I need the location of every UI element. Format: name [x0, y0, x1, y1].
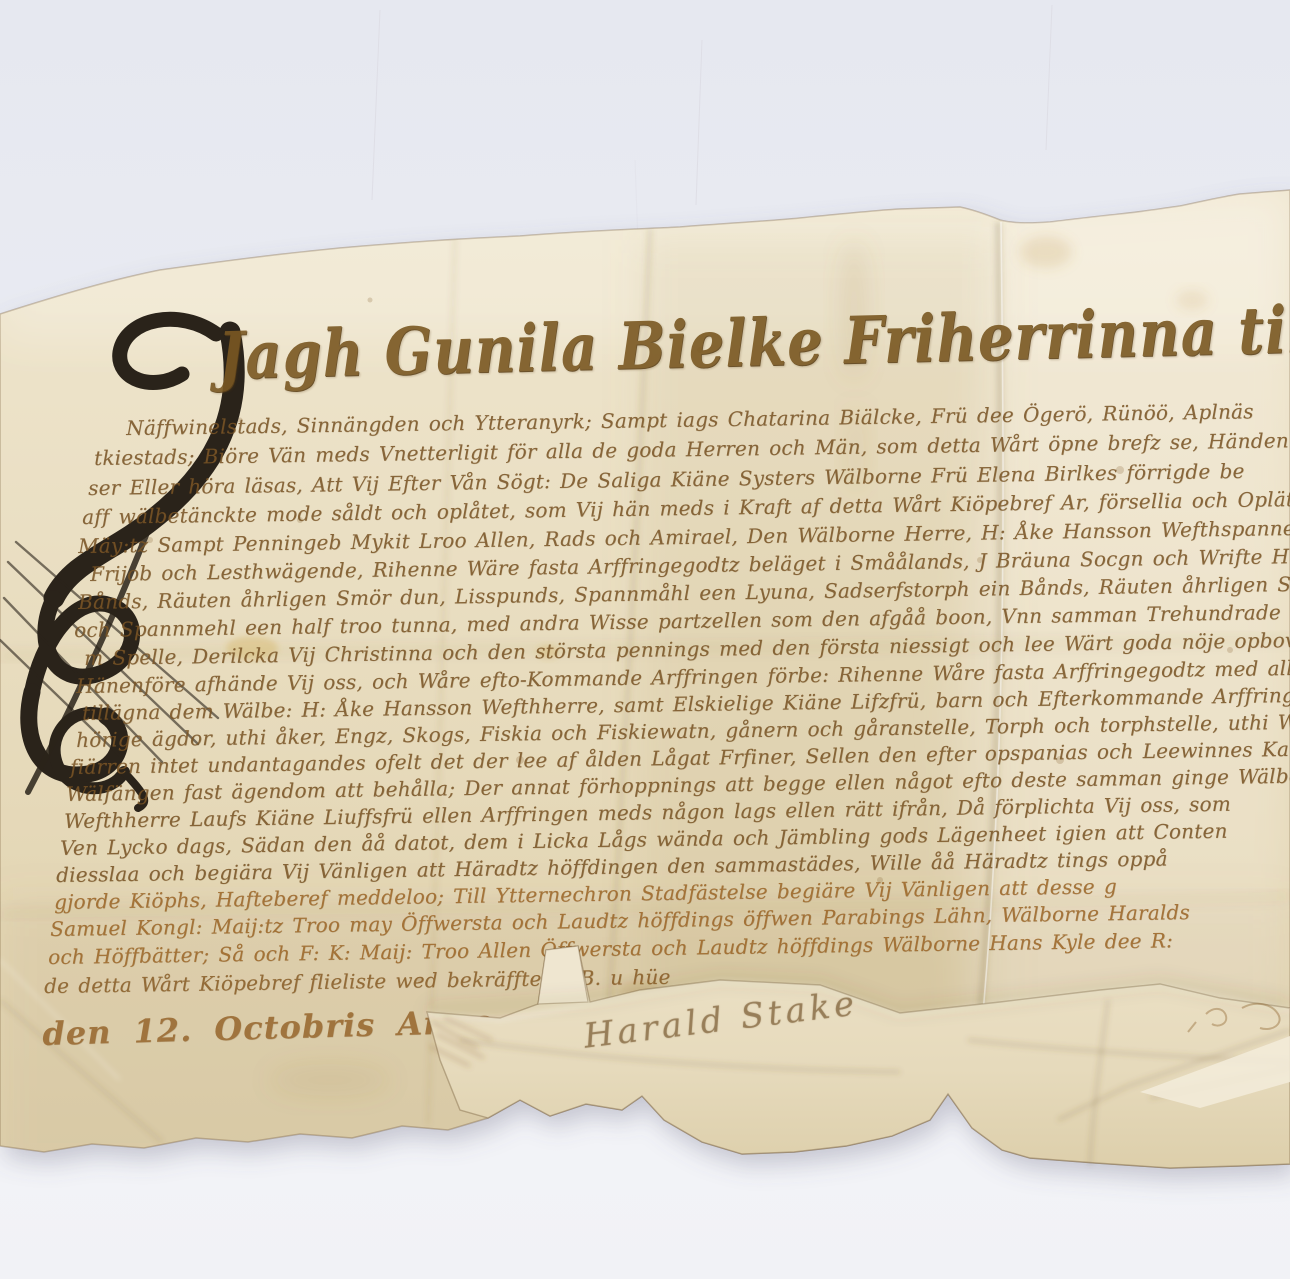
photo-backdrop: Jagh Gunila Bielke Friherrinna till Lind…	[0, 0, 1290, 1279]
plica-flap	[0, 0, 1290, 1279]
